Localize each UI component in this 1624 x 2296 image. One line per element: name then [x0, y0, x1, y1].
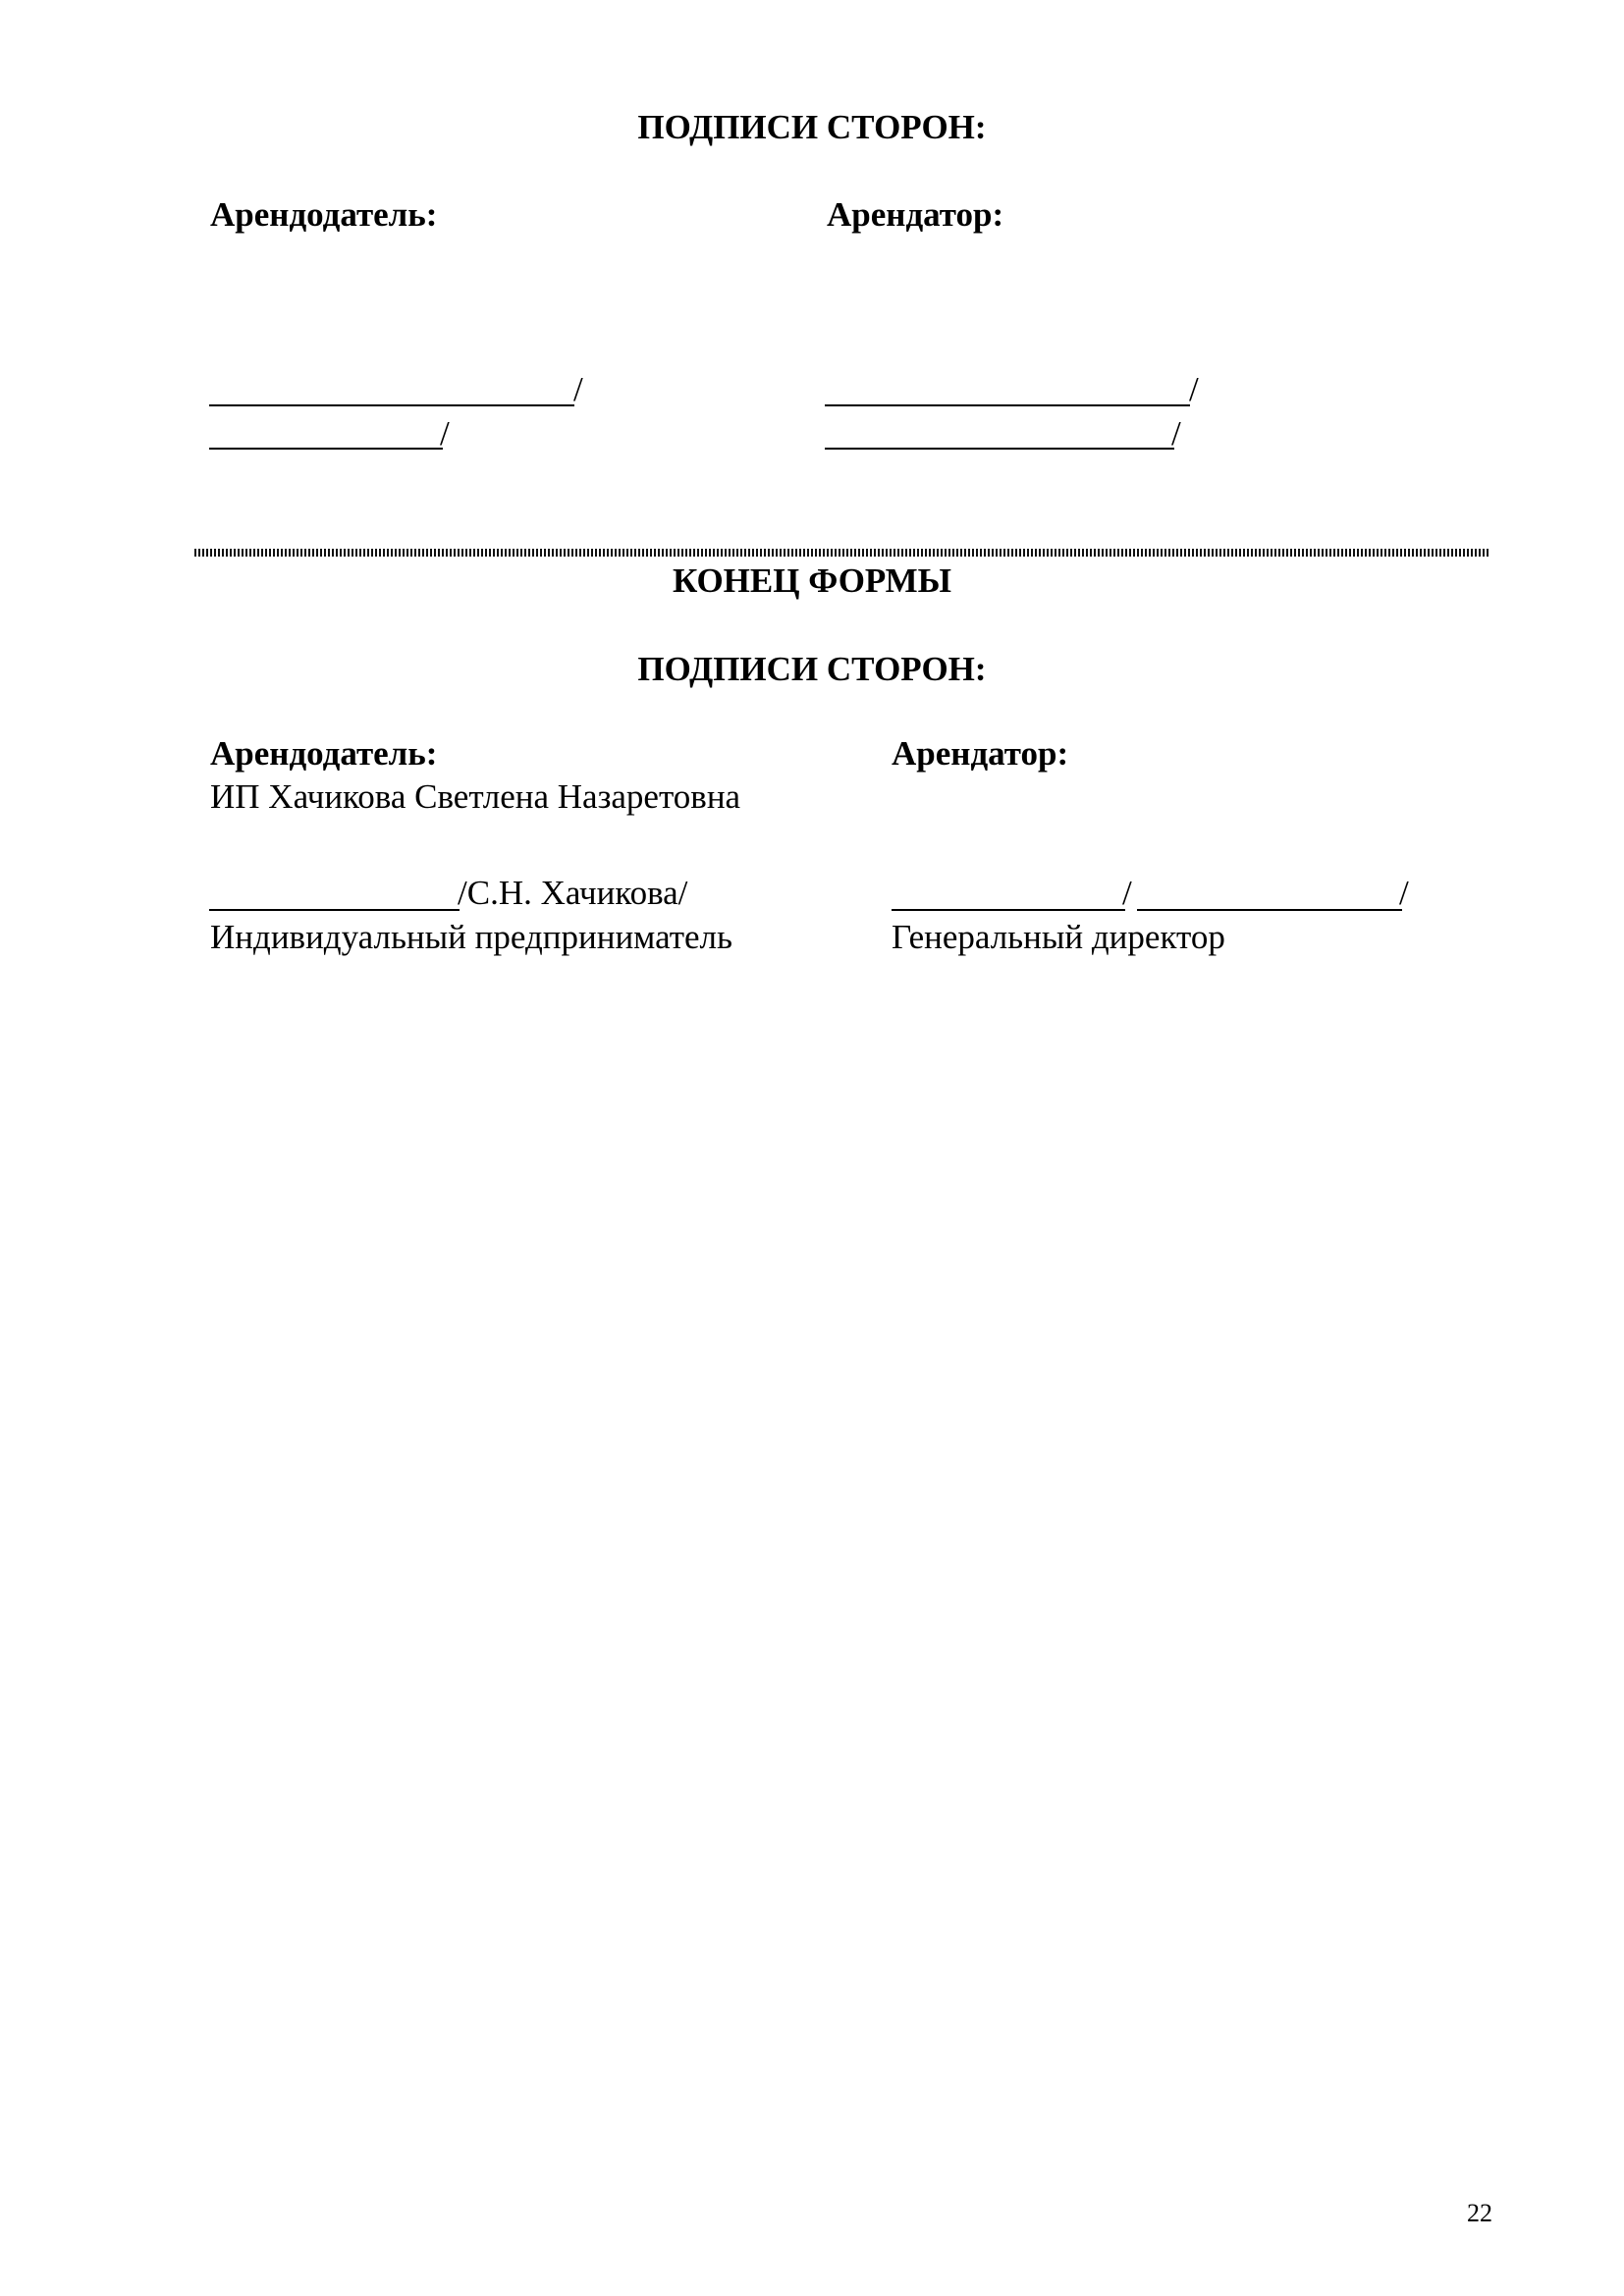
tenant-name-slash-1: /	[1171, 414, 1181, 454]
signatures-title-1: ПОДПИСИ СТОРОН:	[0, 108, 1624, 147]
form-end-separator	[194, 549, 1489, 557]
tenant-signature-line-1	[825, 404, 1190, 406]
tenant-name-slash-2: /	[1399, 874, 1409, 913]
tenant-name-line-1	[825, 448, 1174, 450]
landlord-label-2: Арендодатель:	[210, 734, 437, 774]
signatures-title-2: ПОДПИСИ СТОРОН:	[0, 650, 1624, 689]
landlord-full-name: ИП Хачикова Светлена Назаретовна	[210, 777, 740, 817]
tenant-label-2: Арендатор:	[892, 734, 1068, 774]
tenant-label-1: Арендатор:	[827, 195, 1003, 235]
landlord-name-slash-1: /	[440, 414, 450, 454]
tenant-signature-slash-1: /	[1189, 370, 1199, 409]
tenant-signature-slash-2: /	[1122, 874, 1132, 913]
landlord-name-line-1	[209, 448, 443, 450]
tenant-name-line-2	[1137, 909, 1402, 911]
landlord-signature-line-2	[209, 909, 460, 911]
tenant-signature-line-2	[892, 909, 1125, 911]
tenant-position: Генеральный директор	[892, 918, 1225, 957]
page-number: 22	[1467, 2199, 1492, 2228]
landlord-signature-slash-1: /	[573, 370, 583, 409]
landlord-signature-name: /С.Н. Хачикова/	[458, 874, 687, 913]
end-of-form-title: КОНЕЦ ФОРМЫ	[0, 561, 1624, 601]
landlord-signature-line-1	[209, 404, 574, 406]
landlord-position: Индивидуальный предприниматель	[210, 918, 732, 957]
landlord-label-1: Арендодатель:	[210, 195, 437, 235]
